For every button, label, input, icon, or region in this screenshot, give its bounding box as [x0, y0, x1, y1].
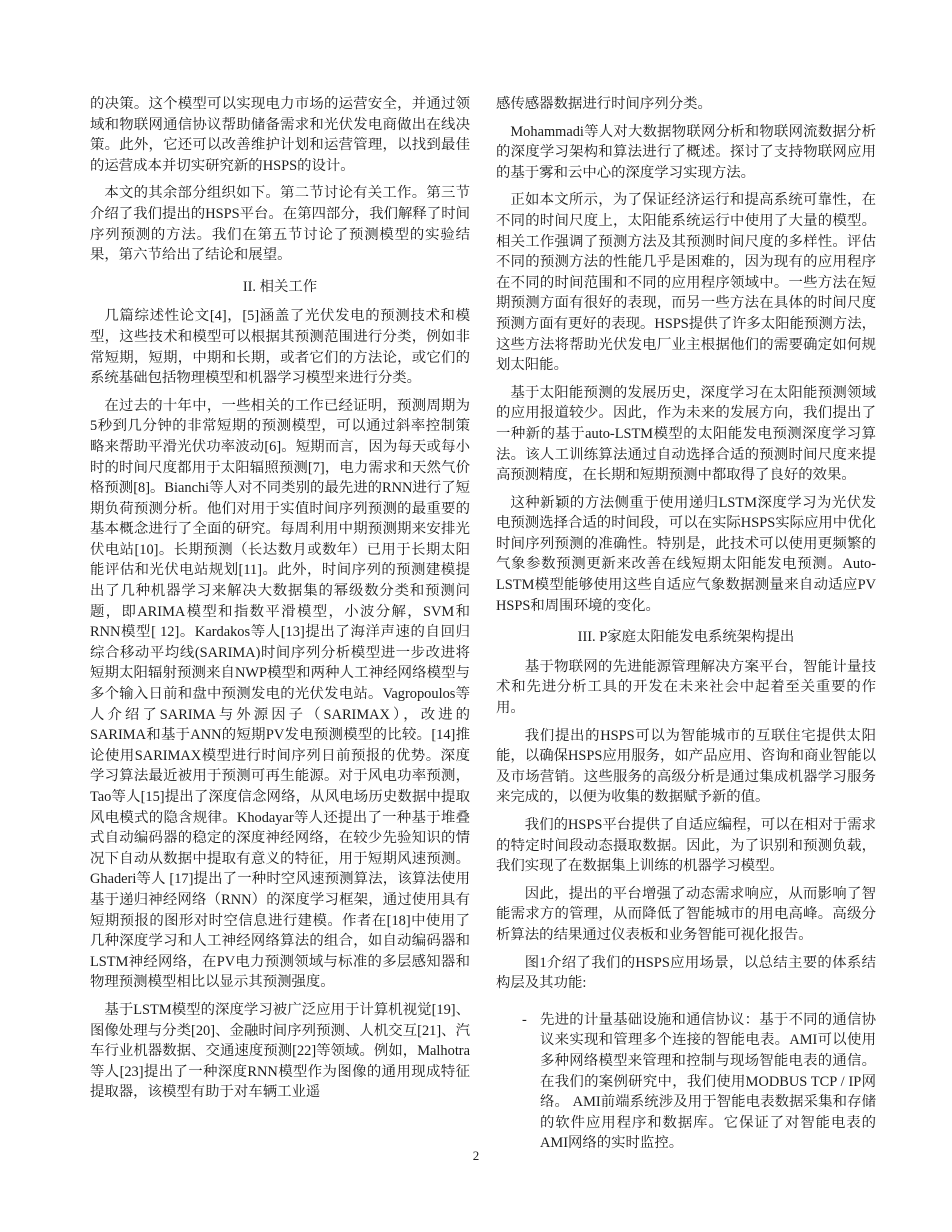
- paragraph-outline: 本文的其余部分组织如下。第二节讨论有关工作。第三节介绍了我们提出的HSPS平台。…: [90, 183, 470, 265]
- paragraph-iot-platform: 基于物联网的先进能源管理解决方案平台，智能计量技术和先进分析工具的开发在未来社会…: [496, 657, 876, 719]
- paragraph-continuation: 感传感器数据进行时间序列分类。: [496, 94, 876, 115]
- paragraph-novel-method: 这种新颖的方法侧重于使用递归LSTM深度学习为光伏发电预测选择合适的时间段，可以…: [496, 493, 876, 617]
- paragraph-model-diversity: 正如本文所示，为了保证经济运行和提高系统可靠性，在不同的时间尺度上，太阳能系统运…: [496, 190, 876, 375]
- paragraph-survey: 几篇综述性论文[4]，[5]涵盖了光伏发电的预测技术和模型，这些技术和模型可以根…: [90, 306, 470, 388]
- paper-page: 的决策。这个模型可以实现电力市场的运营安全，并通过领域和物联网通信协议帮助储备需…: [0, 0, 952, 1232]
- bullet-marker: -: [522, 1010, 540, 1154]
- section-heading-architecture: III. P家庭太阳能发电系统架构提出: [496, 627, 876, 648]
- paragraph-auto-lstm-proposal: 基于太阳能预测的发展历史，深度学习在太阳能预测领域的应用报道较少。因此，作为未来…: [496, 383, 876, 486]
- paragraph-mohammadi: Mohammadi等人对大数据物联网分析和物联网流数据分析的深度学习架构和算法进…: [496, 122, 876, 184]
- section-heading-related-work: II. 相关工作: [90, 277, 470, 298]
- page-number: 2: [0, 1148, 952, 1164]
- paragraph-adaptive-programming: 我们的HSPS平台提供了自适应编程，可以在相对于需求的特定时间段动态摄取数据。因…: [496, 815, 876, 877]
- paragraph-demand-response: 因此，提出的平台增强了动态需求响应，从而影响了智能需求方的管理，从而降低了智能城…: [496, 884, 876, 946]
- paragraph-lstm-applications: 基于LSTM模型的深度学习被广泛应用于计算机视觉[19]、图像处理与分类[20]…: [90, 1000, 470, 1103]
- list-item-text: 先进的计量基础设施和通信协议：基于不同的通信协议来实现和管理多个连接的智能电表。…: [540, 1010, 876, 1154]
- paragraph-hsps-services: 我们提出的HSPS可以为智能城市的互联住宅提供太阳能，以确保HSPS应用服务，如…: [496, 726, 876, 808]
- paragraph-continuation: 的决策。这个模型可以实现电力市场的运营安全，并通过领域和物联网通信协议帮助储备需…: [90, 94, 470, 176]
- paragraph-figure1-intro: 图1介绍了我们的HSPS应用场景，以总结主要的体系结构层及其功能:: [496, 953, 876, 994]
- two-column-body: 的决策。这个模型可以实现电力市场的运营安全，并通过领域和物联网通信协议帮助储备需…: [90, 94, 876, 1154]
- right-column: 感传感器数据进行时间序列分类。 Mohammadi等人对大数据物联网分析和物联网…: [496, 94, 876, 1154]
- paragraph-decade-review: 在过去的十年中，一些相关的工作已经证明，预测周期为5秒到几分钟的非常短期的预测模…: [90, 396, 470, 993]
- list-item-ami: - 先进的计量基础设施和通信协议：基于不同的通信协议来实现和管理多个连接的智能电…: [522, 1010, 876, 1154]
- left-column: 的决策。这个模型可以实现电力市场的运营安全，并通过领域和物联网通信协议帮助储备需…: [90, 94, 470, 1154]
